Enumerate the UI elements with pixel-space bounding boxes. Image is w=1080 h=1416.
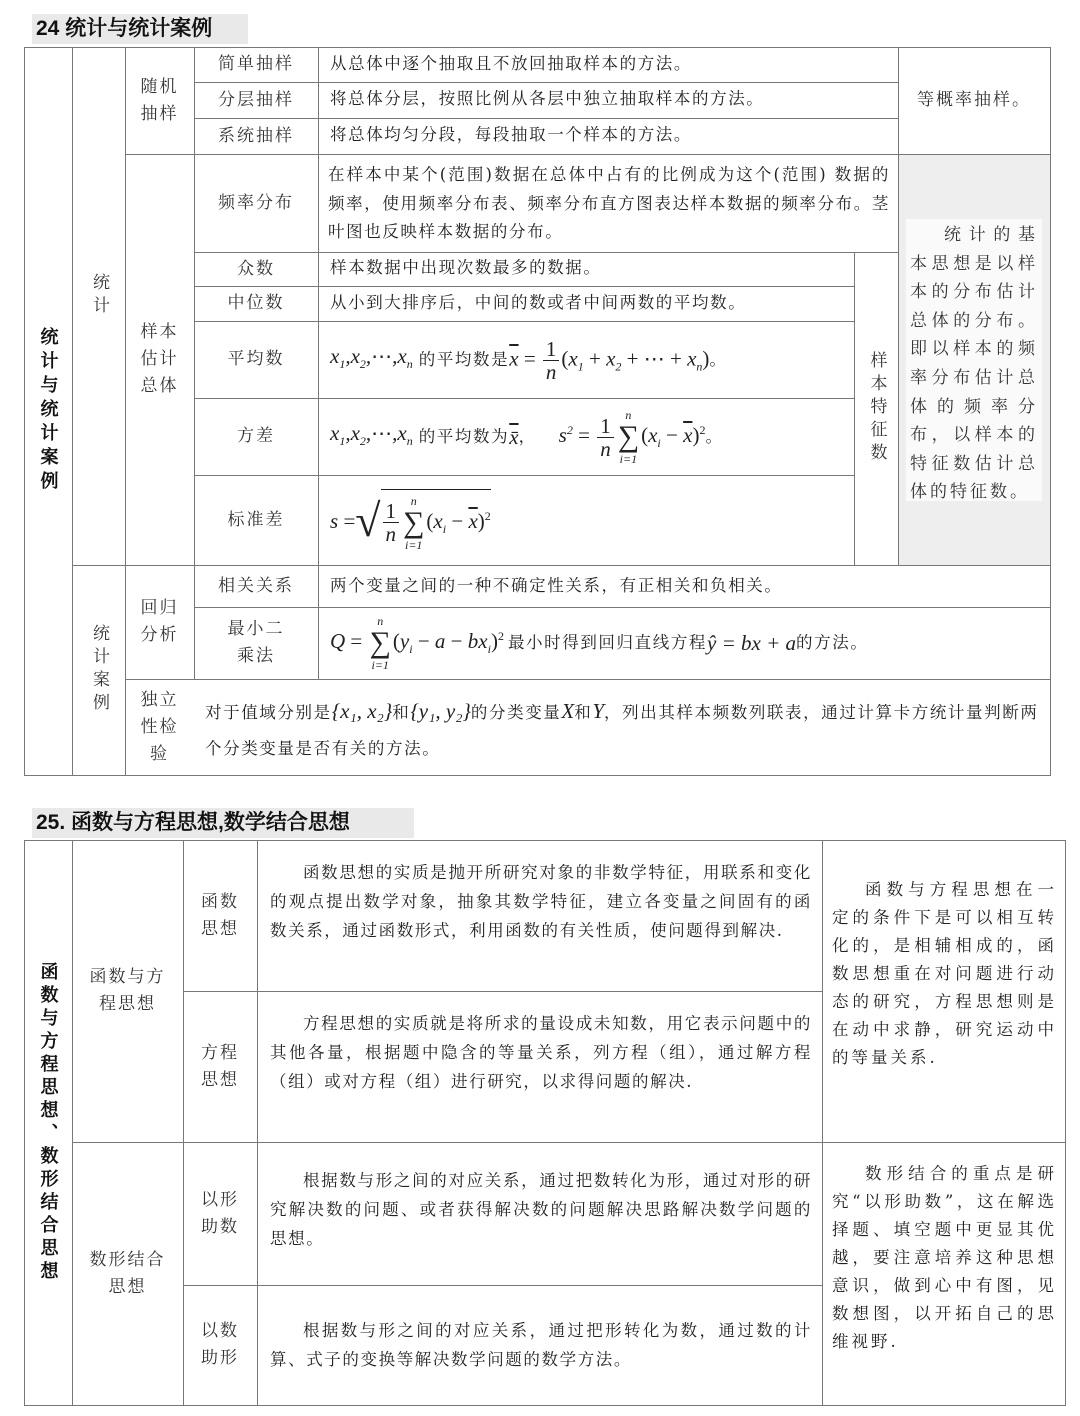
group-label-number-shape: 数形结合思想 [72, 1142, 183, 1405]
subgroup-random-sampling: 随机抽样 [125, 47, 194, 154]
grid-line [822, 840, 823, 1405]
term-median: 中位数 [194, 286, 318, 321]
formula-stddev: s = √ 1nn∑i=1(xi − x)2 [330, 484, 630, 558]
table-border [24, 775, 1051, 776]
term-function-thought: 函数思想 [183, 840, 257, 991]
desc-stratified-sampling: 将总体分层，按照比例从各层中独立抽取样本的方法。 [330, 85, 890, 113]
group-label-stat-case-text: 统计案例 [85, 624, 112, 716]
desc-mode: 样本数据中出现次数最多的数据。 [330, 254, 850, 282]
term-frequency: 频率分布 [194, 154, 318, 252]
desc-systematic-sampling: 将总体均匀分段，每段抽取一个样本的方法。 [330, 121, 890, 149]
subgroup-independence: 独立性检验 [125, 679, 194, 775]
root-label-25: 函数与方程思想、数形结合思想 [24, 840, 72, 1405]
table-border [1050, 47, 1051, 775]
desc-number-helps-shape: 根据数与形之间的对应关系，通过把形转化为数，通过数的计算、式子的变换等解决数学问… [270, 1316, 812, 1374]
desc-independence: 对于值域分别是{x₁, x₂}和{y₁, y₂}的分类变量X和Y，列出其样本频数… [205, 693, 1045, 767]
label-sample-features: 样本特征数 [854, 252, 898, 565]
section-24-title: 24 统计与统计案例 [32, 14, 248, 44]
term-number-helps-shape: 以数助形 [183, 1285, 257, 1405]
term-systematic-sampling: 系统抽样 [194, 118, 318, 154]
root-label: 统计与统计案例 [24, 47, 72, 775]
section-25-title: 25. 函数与方程思想,数学结合思想 [32, 808, 414, 838]
grid-line [318, 565, 319, 679]
table-border [24, 1405, 1066, 1406]
table-border [1065, 840, 1066, 1405]
term-mode: 众数 [194, 252, 318, 286]
formula-least-squares: Q = n∑i=1(yi − a − bxi)2 最小时得到回归直线方程 ŷ =… [330, 612, 1045, 674]
grid-line [318, 47, 319, 565]
desc-median: 从小到大排序后，中间的数或者中间两数的平均数。 [330, 289, 850, 317]
group-label-stat-text: 统计 [85, 273, 112, 319]
desc-correlation: 两个变量之间的一种不确定性关系，有正相关和负相关。 [330, 572, 1030, 600]
subgroup-regression: 回归分析 [125, 565, 194, 679]
term-least-squares: 最小二乘法 [194, 607, 318, 679]
note-equal-probability: 等概率抽样。 [898, 47, 1050, 154]
desc-function-thought: 函数思想的实质是抛开所研究对象的非数学特征，用联系和变化的观点提出数学对象，抽象… [270, 858, 812, 945]
group-label-function-equation: 函数与方程思想 [72, 840, 183, 1142]
group-label-stat: 统计 [72, 47, 125, 565]
group-label-stat-case: 统计案例 [72, 565, 125, 775]
term-correlation: 相关关系 [194, 565, 318, 607]
term-simple-sampling: 简单抽样 [194, 47, 318, 82]
desc-equation-thought: 方程思想的实质就是将所求的量设成未知数，用它表示问题中的其他各量，根据题中隐含的… [270, 1009, 812, 1096]
note-function-equation: 函数与方程思想在一定的条件下是可以相互转化的，是相辅相成的，函数思想重在对问题进… [832, 876, 1057, 1072]
term-stddev: 标准差 [194, 475, 318, 565]
desc-shape-helps-number: 根据数与形之间的对应关系，通过把数转化为形，通过对形的研究解决数的问题、或者获得… [270, 1166, 812, 1253]
note-number-shape: 数形结合的重点是研究“以形助数”，这在解选择题、填空题中更显其优越，要注意培养这… [832, 1160, 1057, 1356]
grid-line [125, 679, 1050, 680]
desc-frequency: 在样本中某个(范围)数据在总体中占有的比例成为这个(范围) 数据的频率，使用频率… [328, 161, 890, 247]
root-label-text: 统计与统计案例 [35, 327, 62, 495]
term-stratified-sampling: 分层抽样 [194, 82, 318, 118]
grid-line [183, 1285, 822, 1286]
grid-line [183, 991, 822, 992]
term-mean: 平均数 [194, 321, 318, 398]
subgroup-sample-estimate: 样本估计总体 [125, 154, 194, 565]
term-shape-helps-number: 以形助数 [183, 1142, 257, 1285]
formula-variance: x1,x2,⋯,xn 的平均数为 x̄ ， s2 = 1nn∑i=1(xi − … [330, 404, 850, 470]
formula-mean: x1,x2,⋯,xn 的平均数是 x = 1n(x1 + x2 + ⋯ + xn… [330, 330, 850, 390]
term-variance: 方差 [194, 398, 318, 475]
grid-line [257, 840, 258, 1405]
term-equation-thought: 方程思想 [183, 991, 257, 1142]
side-note-statistics: 统计的基本思想是以样本的分布估计总体的分布。即以样本的频率分布估计总体的频率分布… [906, 219, 1042, 501]
desc-simple-sampling: 从总体中逐个抽取且不放回抽取样本的方法。 [330, 50, 890, 78]
grid-line [194, 607, 1050, 608]
